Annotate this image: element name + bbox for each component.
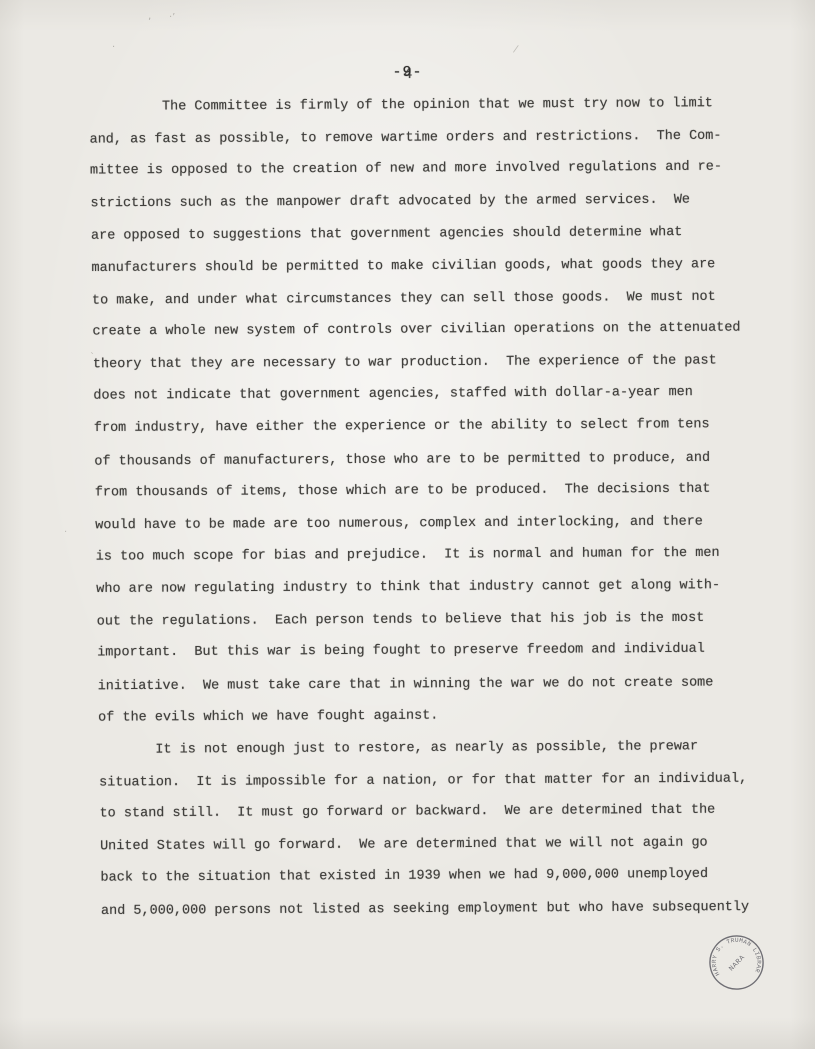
stamp-graphic: HARRY S. TRUMAN LIBRARY NARA — [707, 933, 766, 992]
typewritten-line: manufacturers should be permitted to mak… — [91, 249, 771, 285]
typewritten-line: strictions such as the manpower draft ad… — [90, 185, 770, 221]
page-number: -9- 4 — [0, 64, 815, 81]
typewritten-line: and 5,000,000 persons not listed as seek… — [101, 891, 781, 927]
paper-speck: · — [112, 42, 115, 53]
typewritten-line: does not indicate that government agenci… — [93, 377, 773, 413]
typewritten-line: is too much scope for bias and prejudice… — [96, 537, 776, 573]
typewritten-line: theory that they are necessary to war pr… — [93, 345, 773, 381]
stamp-arc-text: HARRY S. TRUMAN LIBRARY — [707, 933, 764, 981]
typewritten-line: The Committee is firmly of the opinion t… — [89, 88, 769, 124]
typewritten-line: who are now regulating industry to think… — [96, 570, 776, 606]
paper-speck: / — [512, 44, 519, 56]
page-number-overstrike: 4 — [403, 66, 413, 83]
typewritten-line: initiative. We must take care that in wi… — [98, 667, 778, 703]
paper-speck: ‚ — [148, 11, 151, 22]
stamp-center-text: NARA — [728, 954, 747, 974]
typewritten-line: are opposed to suggestions that governme… — [91, 216, 771, 252]
document-page: -9- 4 The Committee is firmly of the opi… — [0, 0, 815, 1049]
paper-speck: ` — [90, 352, 95, 363]
typewritten-line: It is not enough just to restore, as nea… — [99, 731, 779, 767]
typewritten-line: from thousands of items, those which are… — [95, 473, 775, 509]
typewritten-line: to stand still. It must go forward or ba… — [99, 794, 779, 830]
typewritten-line: of the evils which we have fought agains… — [98, 698, 778, 734]
typewritten-text-block: The Committee is firmly of the opinion t… — [89, 88, 774, 928]
typewritten-line: mittee is opposed to the creation of new… — [90, 152, 770, 188]
typewritten-line: create a whole new system of controls ov… — [92, 312, 772, 348]
typewritten-line: back to the situation that existed in 19… — [100, 859, 780, 895]
typewritten-line: important. But this war is being fought … — [97, 634, 777, 670]
typewritten-line: from industry, have either the experienc… — [94, 409, 774, 445]
paper-speck: ·’ — [169, 12, 175, 23]
truman-library-stamp: HARRY S. TRUMAN LIBRARY NARA — [707, 933, 766, 992]
typewritten-line: United States will go forward. We are de… — [100, 827, 780, 863]
paper-speck: · — [64, 527, 67, 538]
typewritten-line: would have to be made are too numerous, … — [95, 506, 775, 542]
